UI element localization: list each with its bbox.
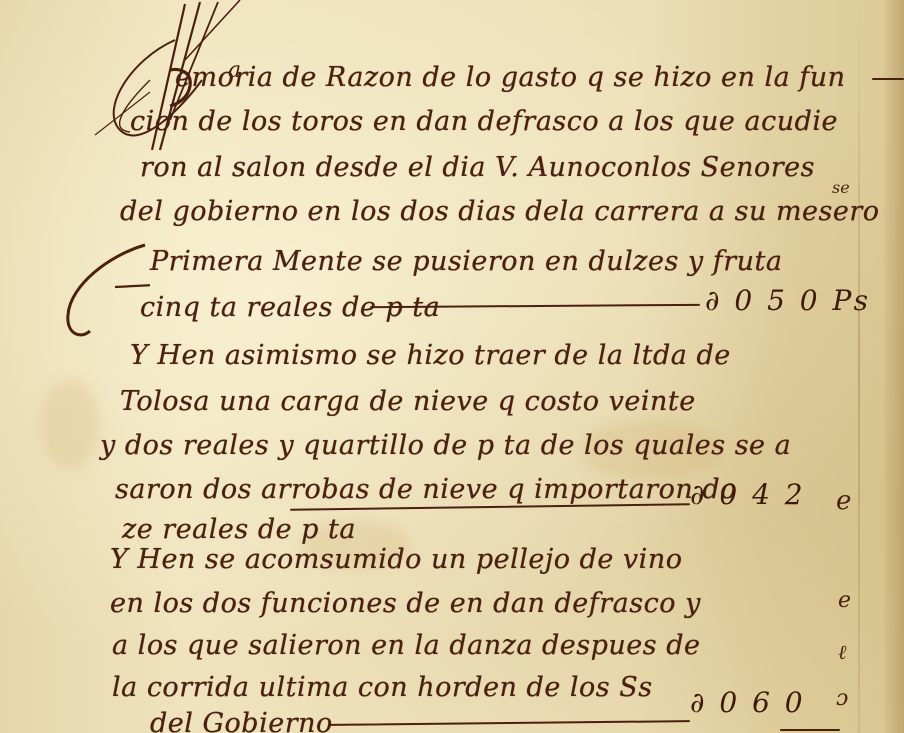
margin-mark-3: ℓ (838, 640, 846, 665)
entry-1-amount: ∂ 0 5 0 Ps (705, 284, 871, 317)
entry-3-line-3: a los que salieron en la danza despues d… (112, 630, 701, 661)
entry-2-line-5: ze reales de p ta (122, 514, 356, 545)
entry-3-line-5: del Gobierno (150, 708, 333, 733)
entry-1-line-1: Primera Mente se pusieron en dulzes y fr… (150, 246, 782, 277)
header-line-4: del gobierno en los dos dias dela carrer… (120, 196, 880, 227)
margin-stroke (780, 729, 840, 731)
margin-stroke (872, 78, 904, 80)
header-line-2: cion de los toros en dan defrasco a los … (130, 106, 838, 137)
entry-3-line-2: en los dos funciones de en dan defrasco … (110, 588, 701, 619)
manuscript-page: a emoria de Razon de lo gasto q se hizo … (0, 0, 904, 733)
entry-3-line-1: Y Hen se acomsumido un pellejo de vino (110, 544, 682, 575)
entry-2-line-2: Tolosa una carga de nieve q costo veinte (120, 386, 696, 417)
entry-2-line-4: saron dos arrobas de nieve q importaron … (115, 474, 737, 505)
entry-3-line-4: la corrida ultima con horden de los Ss (112, 672, 653, 703)
margin-mark-4: ɔ (836, 686, 848, 711)
page-edge (884, 0, 904, 733)
entry-1-bracket-icon (60, 235, 150, 345)
header-line-4-superscript: se (832, 178, 850, 197)
entry-3-amount: ∂ 0 6 0 (690, 686, 806, 719)
header-line-1: emoria de Razon de lo gasto q se hizo en… (175, 62, 846, 93)
entry-2-line-3: y dos reales y quartillo de p ta de los … (100, 430, 791, 461)
margin-mark-2: e (838, 588, 851, 613)
margin-mark-1: e (836, 486, 851, 516)
entry-2-amount: ∂ 0 4 2 (690, 478, 806, 511)
header-line-3: ron al salon desde el dia V. Aunoconlos … (140, 152, 815, 183)
entry-3-leader-line (330, 720, 690, 726)
paper-stain (40, 380, 100, 470)
entry-2-line-1: Y Hen asimismo se hizo traer de la ltda … (130, 340, 731, 371)
page-fold (858, 0, 860, 733)
